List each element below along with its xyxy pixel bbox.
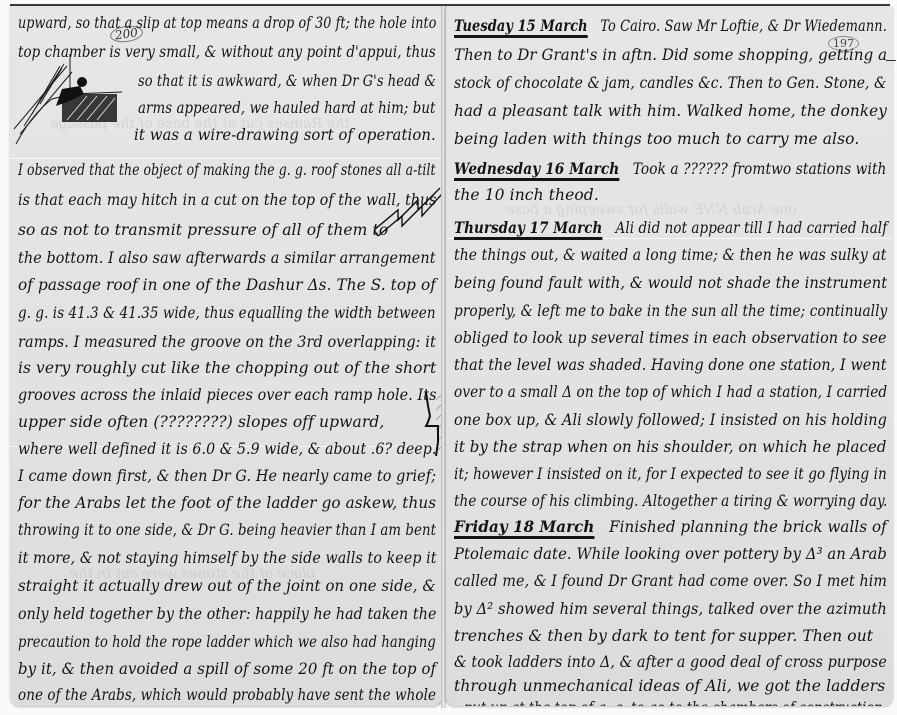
diary-entry-line: one box up, & Ali slowly followed; I ins… <box>454 411 887 429</box>
diary-entry-line: Thursday 17 March Ali did not appear til… <box>454 218 887 237</box>
diary-entry-line: the things out, & waited a long time; & … <box>454 246 886 264</box>
entry-date-heading: Thursday 17 March <box>454 218 602 237</box>
manuscript-line: upper side often (????????) slopes off u… <box>18 413 384 431</box>
diary-entry-line: had a pleasant talk with him. Walked hom… <box>454 102 887 120</box>
diary-entry-line: that the level was shaded. Having done o… <box>454 356 887 374</box>
manuscript-line: it more, & not staying himself by the si… <box>18 549 437 567</box>
diary-entry-line: Tuesday 15 March To Cairo. Saw Mr Loftie… <box>454 16 887 35</box>
manuscript-line: is that each may hitch in a cut on the t… <box>18 191 436 209</box>
diary-entry-line: through unmechanical ideas of Ali, we go… <box>454 677 885 695</box>
ladder-figure-sketch-icon <box>12 54 130 144</box>
manuscript-line: g. g. is 41.3 & 41.35 wide, thus equalli… <box>18 304 436 322</box>
diary-entry-line: Friday 18 March Finished planning the br… <box>454 517 887 536</box>
entry-text: Took a ?????? fromtwo stations with <box>633 160 887 178</box>
diary-entry-line: & took ladders into Δ, & after a good de… <box>454 653 887 671</box>
entry-text: Ali did not appear till I had carried ha… <box>616 219 888 237</box>
diary-entry-line: put up at the top of g. g. to go to the … <box>464 699 887 706</box>
manuscript-line: ramps. I measured the groove on the 3rd … <box>18 333 436 351</box>
manuscript-line: of passage roof in one of the Dashur Δs.… <box>18 276 436 294</box>
manuscript-line: upward, so that a slip at top means a dr… <box>18 14 436 32</box>
diary-entry-line: it; however I insisted on it, for I expe… <box>454 465 887 483</box>
scan-edge-mark <box>886 60 896 61</box>
diary-entry-line: properly, & left me to bake in the sun a… <box>454 302 887 320</box>
manuscript-line: so that it is awkward, & when Dr G's hea… <box>138 72 436 90</box>
diary-entry-line: over to a small Δ on the top of which I … <box>454 383 887 401</box>
diary-entry-line: called me, & I found Dr Grant had come o… <box>454 572 887 590</box>
manuscript-line: it was a wire-drawing sort of operation. <box>134 126 436 144</box>
entry-text: To Cairo. Saw Mr Loftie, & Dr Wiedemann. <box>600 17 887 35</box>
scanned-manuscript: the Ramses cut at the base of the passag… <box>0 0 897 715</box>
entry-text: Finished planning the brick walls of <box>609 518 887 536</box>
diary-entry-line: the course of his climbing. Altogether a… <box>454 492 887 510</box>
diary-entry-line: it by the strap when on his shoulder, on… <box>454 438 887 456</box>
manuscript-line: I came down first, & then Dr G. He nearl… <box>18 467 436 485</box>
diary-entry-line: by Δ² showed him several things, talked … <box>454 600 887 618</box>
diary-entry-line: trenches & then by dark to tent for supp… <box>454 627 873 645</box>
diary-entry-line: Wednesday 16 March Took a ?????? fromtwo… <box>454 159 886 178</box>
manuscript-line: the bottom. I also saw afterwards a simi… <box>18 249 436 267</box>
entry-date-heading: Wednesday 16 March <box>454 159 619 178</box>
diary-entry-line: being laden with things too much to carr… <box>454 130 859 148</box>
diary-entry-line: stock of chocolate & jam, candles &c. Th… <box>454 74 887 92</box>
manuscript-line: by it, & then avoided a spill of some 20… <box>18 660 436 678</box>
diary-entry-line: being found fault with, & would not shad… <box>454 274 887 292</box>
manuscript-line: straight it actually drew out of the joi… <box>18 577 436 595</box>
paper-fold-line <box>10 158 442 159</box>
manuscript-line: throwing it to one side, & Dr G. being h… <box>18 521 436 539</box>
manuscript-line: for the Arabs let the foot of the ladder… <box>18 494 436 512</box>
manuscript-line: so as not to transmit pressure of all of… <box>18 221 388 239</box>
manuscript-line: precaution to hold the rope ladder which… <box>18 633 436 651</box>
manuscript-line: one of the Arabs, which would probably h… <box>18 686 436 704</box>
left-page: the Ramses cut at the base of the passag… <box>10 6 443 706</box>
manuscript-line: where well defined it is 6.0 & 5.9 wide,… <box>18 440 436 458</box>
manuscript-line: grooves across the inlaid pieces over ea… <box>18 386 437 404</box>
diary-entry-line: Ptolemaic date. While looking over potte… <box>454 545 887 563</box>
diary-entry-line: the 10 inch theod. <box>454 186 599 204</box>
entry-date-heading: Friday 18 March <box>454 517 594 536</box>
manuscript-line: arms appeared, we hauled hard at him; bu… <box>138 99 436 117</box>
manuscript-line: I observed that the object of making the… <box>18 161 436 179</box>
diary-entry-line: Then to Dr Grant's in aftn. Did some sho… <box>454 46 887 64</box>
manuscript-line: is very roughly cut like the chopping ou… <box>18 359 436 377</box>
manuscript-line: top chamber is very small, & without any… <box>18 43 436 61</box>
bleed-through-text: one Arab NNE walls for sweeping a base <box>506 202 797 218</box>
diary-entry-line: obliged to look up several times in each… <box>454 329 887 347</box>
paper-fold-line <box>446 238 893 239</box>
right-page: one Arab NNE walls for sweeping a base 1… <box>445 6 893 706</box>
entry-date-heading: Tuesday 15 March <box>454 16 588 35</box>
manuscript-line: only held together by the other: happily… <box>18 605 436 623</box>
